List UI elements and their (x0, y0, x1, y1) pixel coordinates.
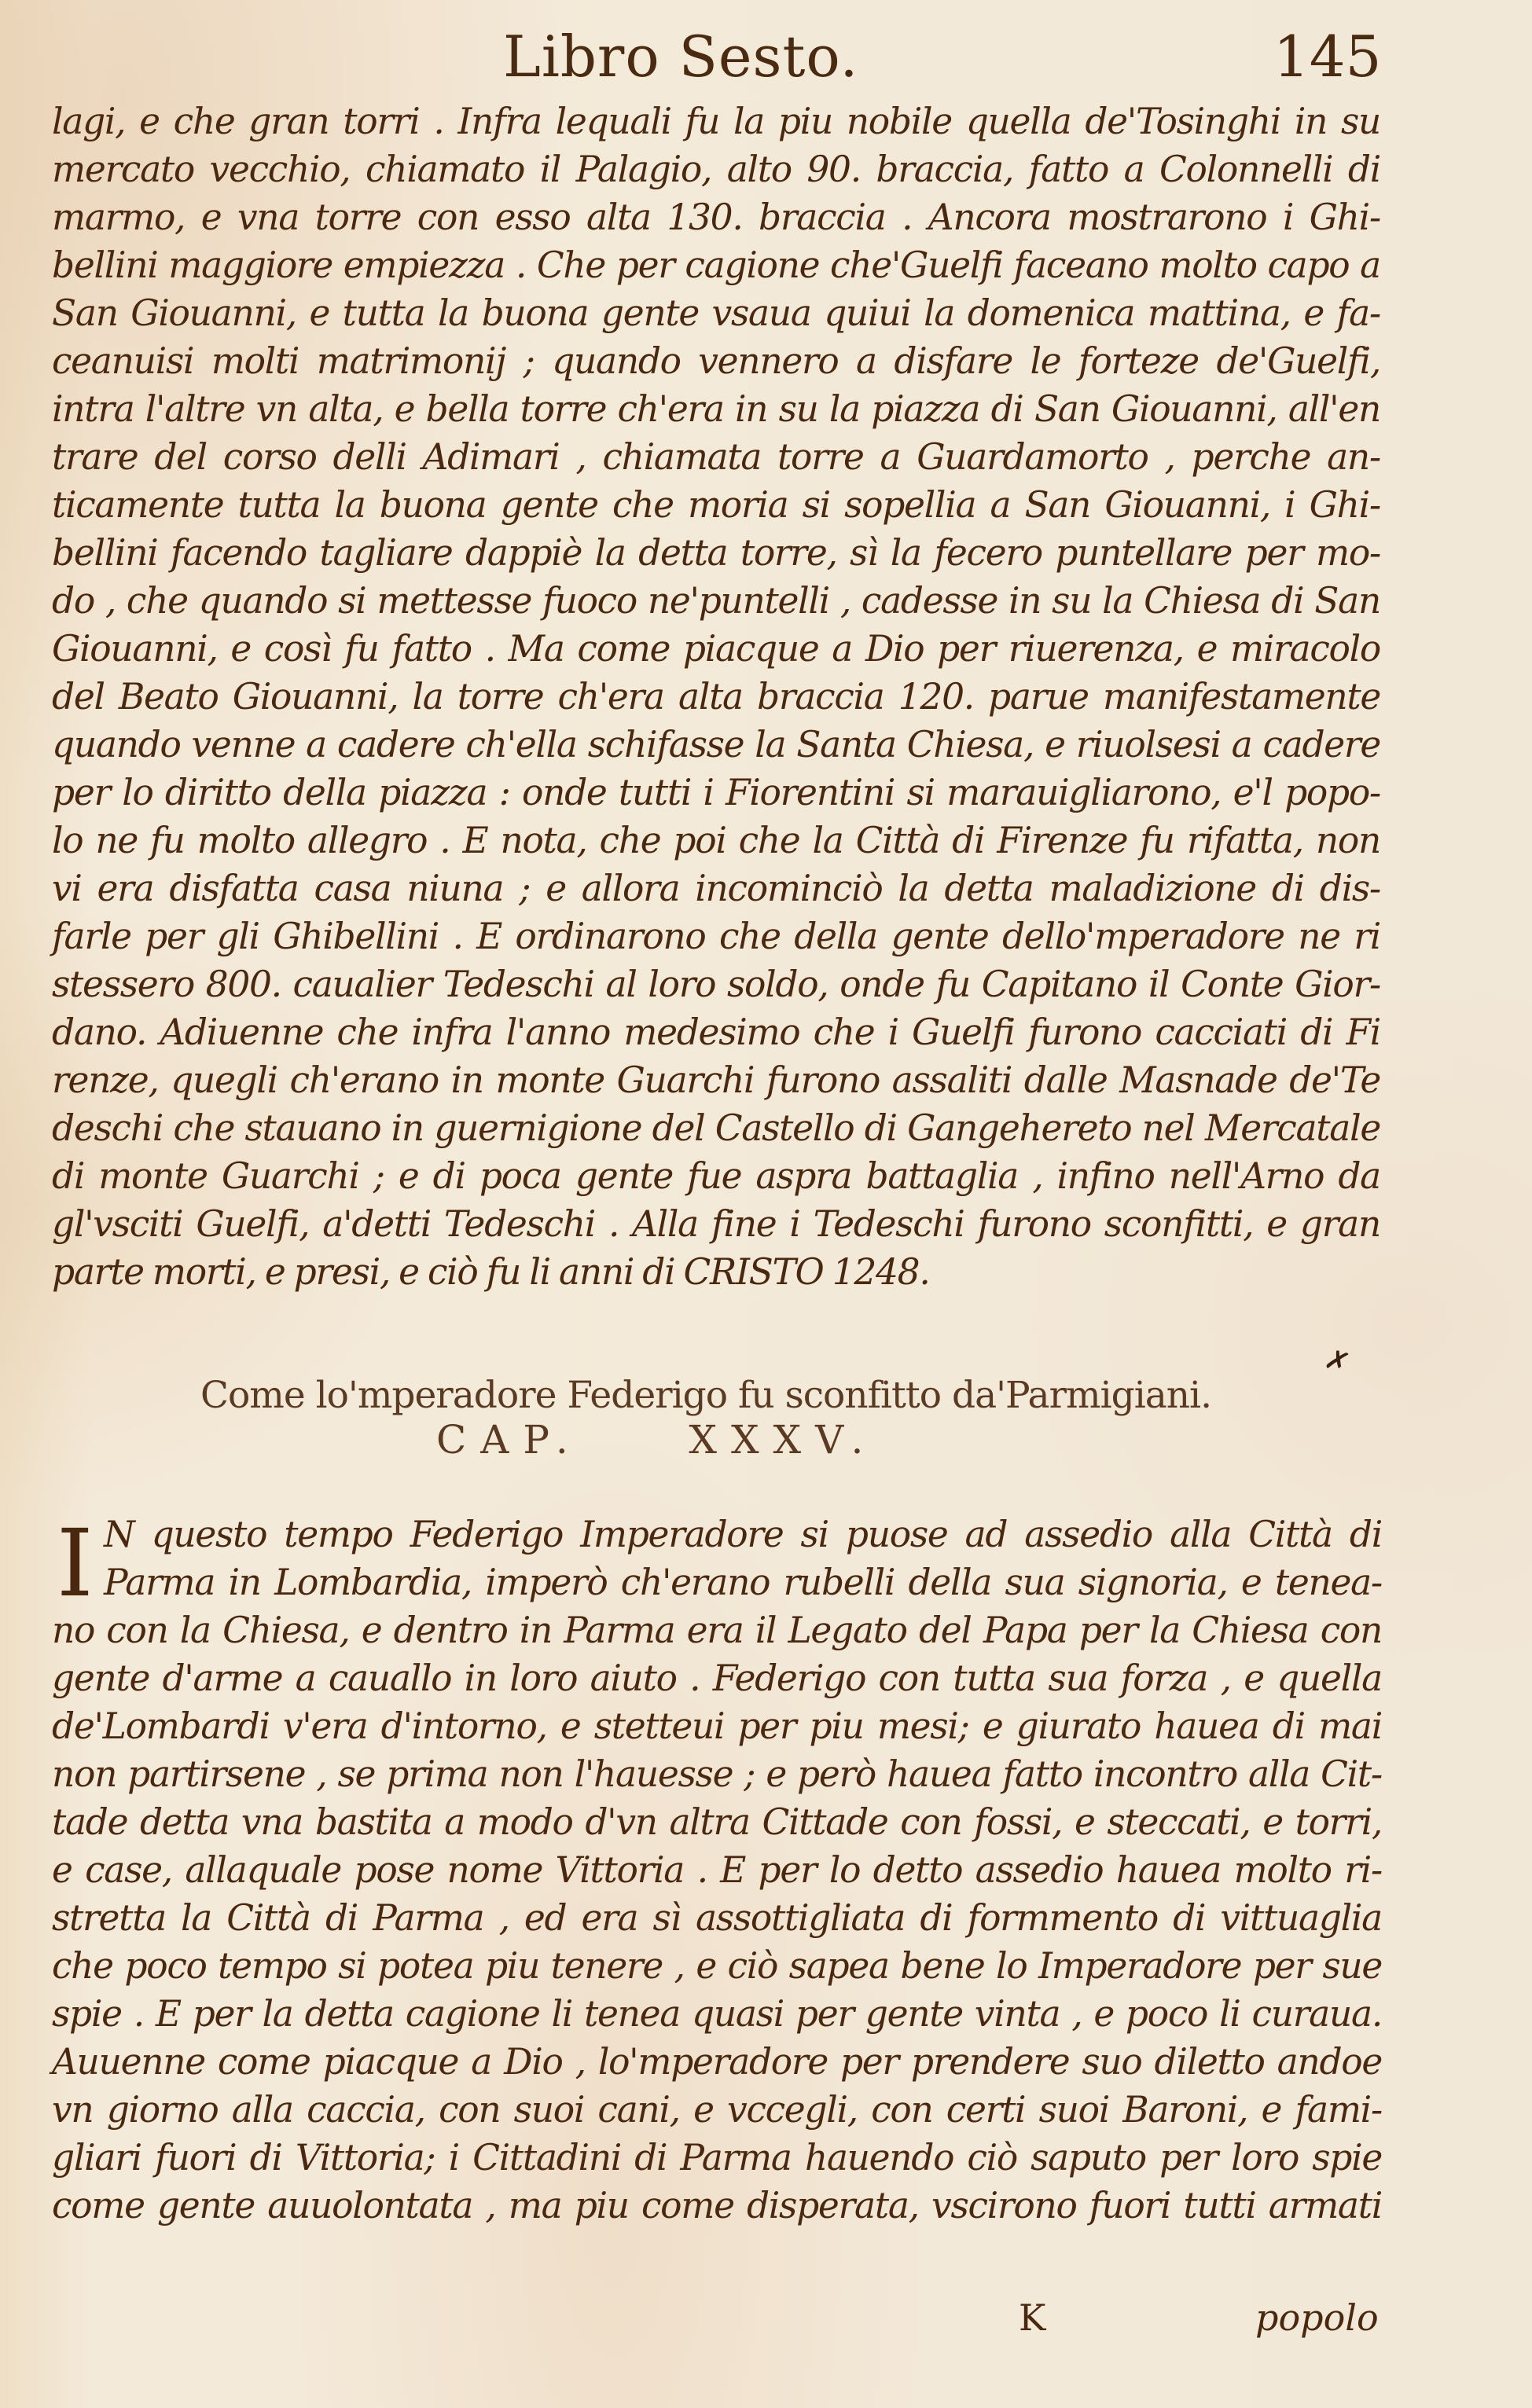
text-line: non partirsene , se prima non l'hauesse … (52, 1750, 1382, 1798)
text-line: ticamente tutta la buona gente che moria… (52, 481, 1380, 529)
text-line: e case, allaquale pose nome Vittoria . E… (52, 1846, 1382, 1894)
text-line: trare del corso delli Adimari , chiamata… (52, 433, 1380, 481)
text-line: che poco tempo si potea piu tenere , e c… (52, 1942, 1382, 1990)
text-line: lo ne fu molto allegro . E nota, che poi… (52, 817, 1380, 864)
running-head: Libro Sesto. 145 (0, 24, 1532, 94)
text-line: N questo tempo Federigo Imperadore si pu… (104, 1511, 1382, 1558)
text-line: mercato vecchio, chiamato il Palagio, al… (52, 145, 1380, 193)
text-line: quando venne a cadere ch'ella schifasse … (52, 721, 1380, 769)
text-line: come gente auuolontata , ma piu come dis… (52, 2182, 1382, 2230)
chapter-number: CAP. XXXV. (436, 1417, 877, 1463)
text-line: Parma in Lombardia, imperò ch'erano rube… (104, 1558, 1382, 1606)
catchword: popolo (1255, 2296, 1379, 2339)
text-line: Auuenne come piacque a Dio , lo'mperador… (52, 2038, 1382, 2086)
text-line: lagi, e che gran torri . Infra lequali f… (52, 97, 1380, 145)
text-line: intra l'altre vn alta, e bella torre ch'… (52, 385, 1380, 433)
signature-mark: K (1019, 2296, 1045, 2339)
text-line: dano. Adiuenne che infra l'anno medesimo… (52, 1008, 1380, 1056)
text-line: gliari fuori di Vittoria; i Cittadini di… (52, 2134, 1382, 2182)
text-line: do , che quando si mettesse fuoco ne'pun… (52, 577, 1380, 625)
text-line: bellini maggiore empiezza . Che per cagi… (52, 241, 1380, 289)
book-page: Libro Sesto. 145 lagi, e che gran torri … (0, 0, 1532, 2408)
drop-cap-initial: I (57, 1517, 94, 1610)
text-block-continuation: lagi, e che gran torri . Infra lequali f… (52, 97, 1380, 1296)
running-title: Libro Sesto. (503, 24, 858, 90)
text-line: tade detta vna bastita a modo d'vn altra… (52, 1798, 1382, 1846)
marginal-mark-icon: ✗ (1321, 1342, 1354, 1381)
text-line: stessero 800. caualier Tedeschi al loro … (52, 960, 1380, 1008)
text-line: stretta la Città di Parma , ed era sì as… (52, 1894, 1382, 1942)
text-line: no con la Chiesa, e dentro in Parma era … (52, 1606, 1382, 1654)
text-line: parte morti, e presi, e ciò fu li anni d… (52, 1248, 1380, 1296)
text-line: farle per gli Ghibellini . E ordinarono … (52, 912, 1380, 960)
text-line: ceanuisi molti matrimonij ; quando venne… (52, 337, 1380, 385)
text-line: per lo diritto della piazza : onde tutti… (52, 769, 1380, 817)
text-line: vn giorno alla caccia, con suoi cani, e … (52, 2086, 1382, 2134)
chapter-title: Come lo'mperadore Federigo fu sconfitto … (200, 1374, 1301, 1417)
text-line: del Beato Giouanni, la torre ch'era alta… (52, 673, 1380, 721)
text-line: San Giouanni, e tutta la buona gente vsa… (52, 289, 1380, 337)
text-block-chapter: N questo tempo Federigo Imperadore si pu… (104, 1511, 1382, 2230)
text-line: di monte Guarchi ; e di poca gente fue a… (52, 1152, 1380, 1200)
text-line: gente d'arme a cauallo in loro aiuto . F… (52, 1654, 1382, 1702)
page-number: 145 (1273, 24, 1381, 90)
text-line: spie . E per la detta cagione li tenea q… (52, 1990, 1382, 2038)
text-line: bellini facendo tagliare dappiè la detta… (52, 529, 1380, 577)
text-line: vi era disfatta casa niuna ; e allora in… (52, 864, 1380, 912)
text-line: de'Lombardi v'era d'intorno, e stetteui … (52, 1702, 1382, 1750)
text-line: renze, quegli ch'erano in monte Guarchi … (52, 1056, 1380, 1104)
text-line: deschi che stauano in guernigione del Ca… (52, 1104, 1380, 1152)
text-line: Giouanni, e così fu fatto . Ma come piac… (52, 625, 1380, 673)
text-line: marmo, e vna torre con esso alta 130. br… (52, 193, 1380, 241)
text-line: gl'vsciti Guelfi, a'detti Tedeschi . All… (52, 1200, 1380, 1248)
